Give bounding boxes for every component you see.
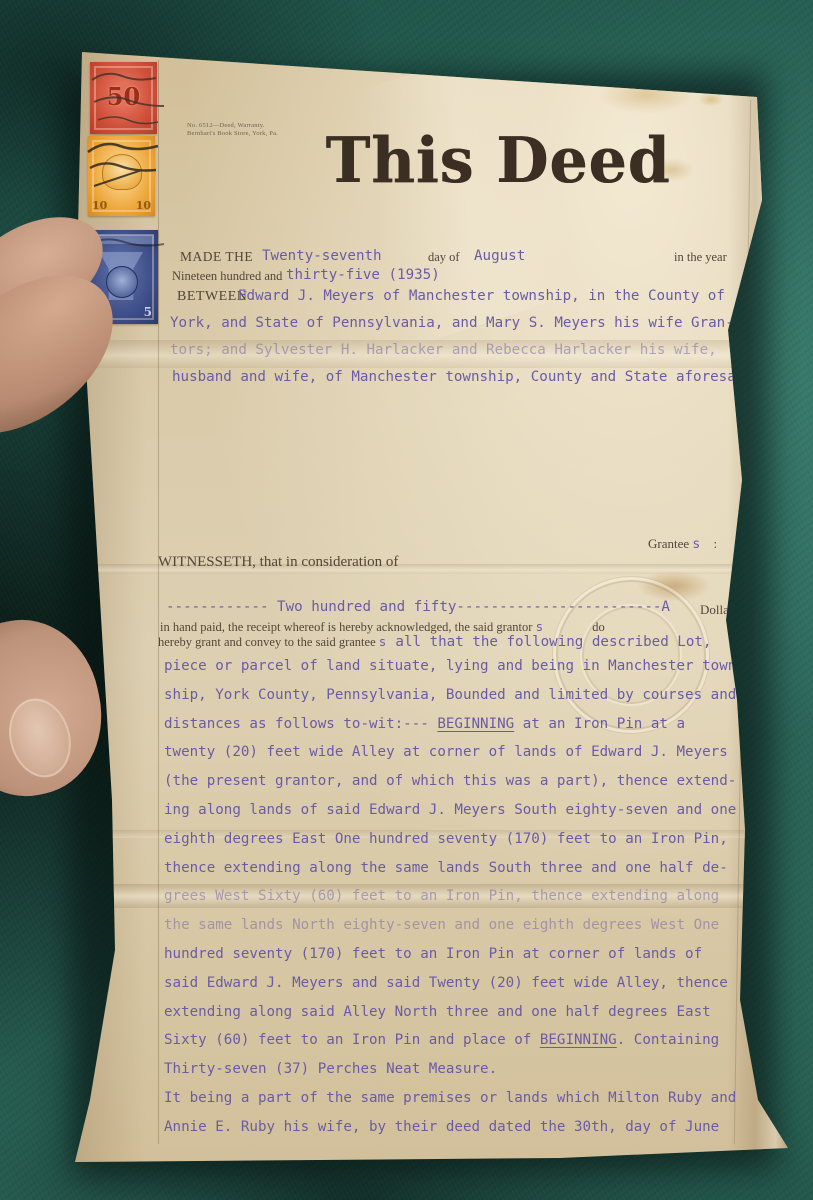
amount-dashes: ------------------------A (456, 599, 670, 615)
deed-body-line: twenty (20) feet wide Alley at corner of… (164, 738, 774, 767)
body-text: hundred seventy (170) feet to an Iron Pi… (164, 946, 702, 962)
party-line-3: tors; and Sylvester H. Harlacker and Reb… (170, 342, 717, 358)
body-text: Thirty-seven (37) Perches Neat Measure. (164, 1061, 497, 1077)
photo-scene: 50 10 10 5 (0, 0, 813, 1200)
convey-line: hereby grant and convey to the said gran… (158, 634, 711, 650)
body-text: eighth degrees East One hundred seventy … (164, 831, 728, 847)
deed-body-line: Annie E. Ruby his wife, by their deed da… (164, 1113, 774, 1142)
body-text: extending along said Alley North three a… (164, 1004, 711, 1020)
described-typed: all that the following described Lot, (395, 634, 711, 650)
body-text: It being a part of the same premises or … (164, 1090, 736, 1106)
grantee-line: Grantee s : (648, 536, 717, 552)
receipt-text: in hand paid, the receipt whereof is her… (160, 620, 532, 634)
deed-body-line: Sixty (60) feet to an Iron Pin and place… (164, 1026, 774, 1055)
body-text: twenty (20) feet wide Alley at corner of… (164, 744, 728, 760)
body-text: thence extending along the same lands So… (164, 860, 728, 876)
deed-body-line: Thirty-seven (37) Perches Neat Measure. (164, 1055, 774, 1084)
body-text: said Edward J. Meyers and said Twenty (2… (164, 975, 728, 991)
deed-body-line: piece or parcel of land situate, lying a… (164, 652, 774, 681)
receipt-line: in hand paid, the receipt whereof is her… (160, 619, 605, 635)
nineteen-hundred-label: Nineteen hundred and (172, 269, 282, 284)
party-line-4: husband and wife, of Manchester township… (172, 369, 753, 385)
body-text: the same lands North eighty-seven and on… (164, 917, 719, 933)
between-label: BETWEEN (177, 289, 247, 305)
body-text: at an Iron Pin at a (514, 716, 685, 732)
made-the-label: MADE THE (180, 249, 253, 265)
deed-body-line: ing along lands of said Edward J. Meyers… (164, 796, 774, 825)
grantor-suffix-typed: s (536, 619, 544, 634)
deed-body-line: eighth degrees East One hundred seventy … (164, 825, 774, 854)
month-typed: August (474, 248, 525, 264)
amount-typed: Two hundred and fifty (277, 599, 456, 615)
revenue-stamp-red: 50 (90, 62, 157, 134)
deed-body-line: thence extending along the same lands So… (164, 854, 774, 883)
deed-body-line: (the present grantor, and of which this … (164, 767, 774, 796)
underlined-term: BEGINNING (437, 716, 514, 732)
in-the-year-label: in the year (674, 250, 727, 265)
body-text: distances as follows to-wit:--- (164, 716, 437, 732)
do-label: do (592, 620, 605, 634)
party-line-2: York, and State of Pennsylvania, and Mar… (170, 315, 734, 331)
amount-line: ------------ Two hundred and fifty------… (166, 599, 670, 615)
deed-body-line: distances as follows to-wit:--- BEGINNIN… (164, 710, 774, 739)
deed-body: piece or parcel of land situate, lying a… (164, 652, 774, 1142)
day-of-label: day of (428, 250, 460, 265)
year-typed: thirty-five (1935) (286, 267, 440, 283)
grantee-colon: : (713, 536, 717, 551)
body-text: (the present grantor, and of which this … (164, 773, 736, 789)
body-text: . Containing (617, 1032, 720, 1048)
deed-title: This Deed (228, 124, 768, 198)
body-text: ing along lands of said Edward J. Meyers… (164, 802, 736, 818)
left-margin-rule (158, 60, 159, 1144)
deed-body-line: It being a part of the same premises or … (164, 1084, 774, 1113)
deed-body-line: hundred seventy (170) feet to an Iron Pi… (164, 940, 774, 969)
day-typed: Twenty-seventh (262, 248, 382, 264)
deed-body-line: grees West Sixty (60) feet to an Iron Pi… (164, 882, 774, 911)
body-text: ship, York County, Pennsylvania, Bounded… (164, 687, 736, 703)
convey-text: hereby grant and convey to the said gran… (158, 635, 376, 649)
witnesseth-line: WITNESSETH, that in consideration of (158, 554, 398, 571)
underlined-term: BEGINNING (540, 1032, 617, 1048)
amount-dashes: ------------ (166, 599, 269, 615)
deed-body-line: the same lands North eighty-seven and on… (164, 911, 774, 940)
body-text: Annie E. Ruby his wife, by their deed da… (164, 1119, 719, 1135)
body-text: piece or parcel of land situate, lying a… (164, 658, 745, 674)
deed-body-line: ship, York County, Pennsylvania, Bounded… (164, 681, 774, 710)
ink-cancellation-icon (82, 132, 174, 218)
grantee-label: Grantee (648, 536, 689, 551)
body-text: grees West Sixty (60) feet to an Iron Pi… (164, 888, 719, 904)
revenue-stamp-orange: 10 10 (88, 136, 155, 216)
body-text: Sixty (60) feet to an Iron Pin and place… (164, 1032, 540, 1048)
grantee-suffix-typed: s (379, 634, 387, 649)
party-line-1: Edward J. Meyers of Manchester township,… (238, 288, 725, 304)
deed-body-line: said Edward J. Meyers and said Twenty (2… (164, 969, 774, 998)
grantee-suffix-typed: s (692, 537, 700, 552)
ink-cancellation-icon (84, 58, 176, 138)
deed-document: 50 10 10 5 (58, 42, 792, 1166)
deed-body-line: extending along said Alley North three a… (164, 998, 774, 1027)
